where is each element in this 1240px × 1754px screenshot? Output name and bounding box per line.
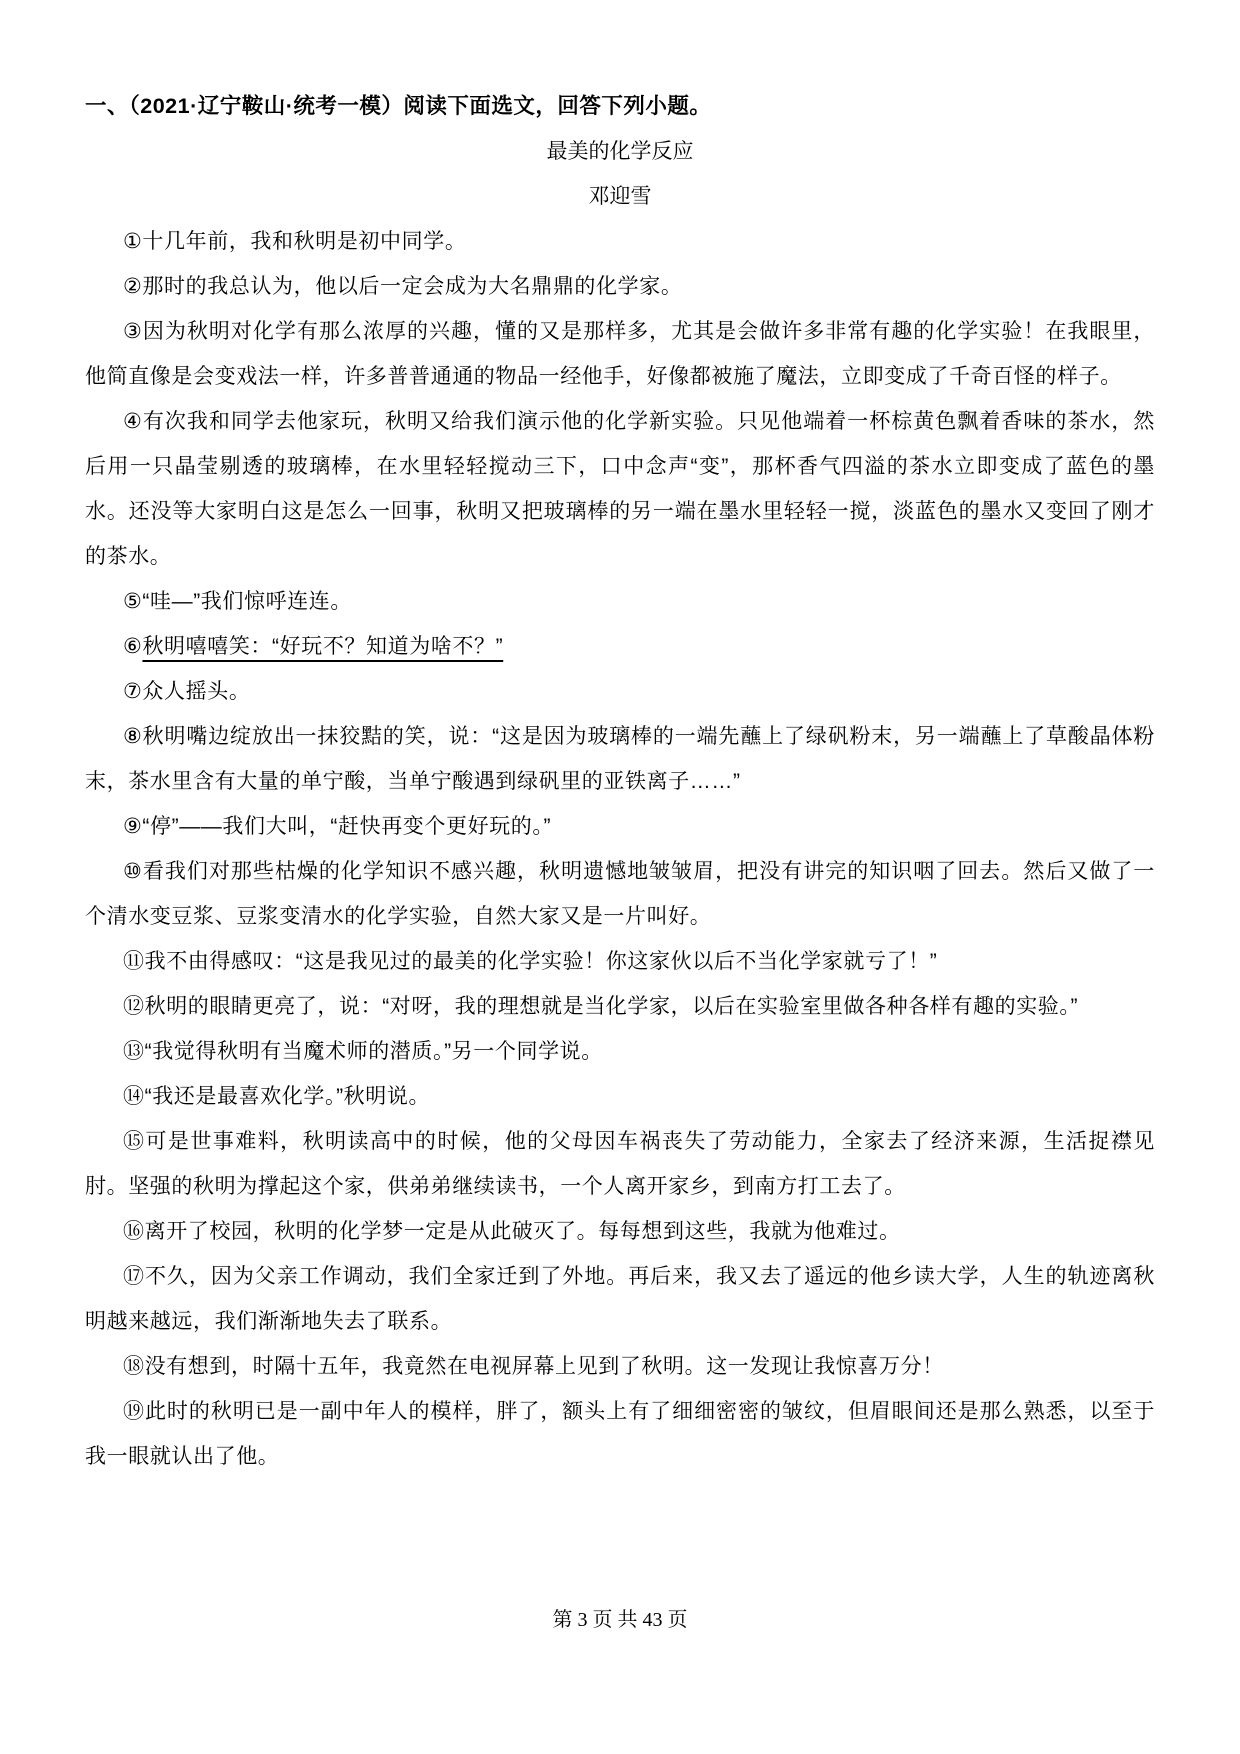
passage-title: 最美的化学反应: [85, 129, 1155, 174]
paragraph-text: ⑨“停”——我们大叫，“赶快再变个更好玩的。”: [123, 815, 551, 838]
paragraph: ⑨“停”——我们大叫，“赶快再变个更好玩的。”: [85, 804, 1155, 849]
paragraph-text: ⑥: [123, 635, 142, 658]
paragraph-text: ⑬“我觉得秋明有当魔术师的潜质。”另一个同学说。: [123, 1040, 603, 1063]
paragraph: ⑧秋明嘴边绽放出一抹狡黠的笑，说：“这是因为玻璃棒的一端先蘸上了绿矾粉末，另一端…: [85, 714, 1155, 804]
paragraph-text: ⑦众人摇头。: [123, 680, 250, 703]
paragraph-text: ⑮可是世事难料，秋明读高中的时候，他的父母因车祸丧失了劳动能力，全家去了经济来源…: [85, 1130, 1155, 1198]
paragraph: ⑩看我们对那些枯燥的化学知识不感兴趣，秋明遗憾地皱皱眉，把没有讲完的知识咽了回去…: [85, 849, 1155, 939]
paragraph: ②那时的我总认为，他以后一定会成为大名鼎鼎的化学家。: [85, 264, 1155, 309]
paragraph: ①十几年前，我和秋明是初中同学。: [85, 219, 1155, 264]
paragraph: ⑱没有想到，时隔十五年，我竟然在电视屏幕上见到了秋明。这一发现让我惊喜万分！: [85, 1344, 1155, 1389]
paragraph-text: ⑭“我还是最喜欢化学。”秋明说。: [123, 1085, 430, 1108]
paragraph-text: ①十几年前，我和秋明是初中同学。: [123, 230, 466, 253]
underlined-sentence: 秋明嘻嘻笑：“好玩不？知道为啥不？”: [142, 635, 503, 658]
paragraph: ⑭“我还是最喜欢化学。”秋明说。: [85, 1074, 1155, 1119]
passage-author: 邓迎雪: [85, 174, 1155, 219]
paragraph: ④有次我和同学去他家玩，秋明又给我们演示他的化学新实验。只见他端着一杯棕黄色飘着…: [85, 399, 1155, 579]
paragraph: ⑥秋明嘻嘻笑：“好玩不？知道为啥不？”: [85, 624, 1155, 669]
paragraph: ⑰不久，因为父亲工作调动，我们全家迁到了外地。再后来，我又去了遥远的他乡读大学，…: [85, 1254, 1155, 1344]
paragraph-text: ⑧秋明嘴边绽放出一抹狡黠的笑，说：“这是因为玻璃棒的一端先蘸上了绿矾粉末，另一端…: [85, 725, 1155, 793]
paragraph-text: ⑰不久，因为父亲工作调动，我们全家迁到了外地。再后来，我又去了遥远的他乡读大学，…: [85, 1265, 1155, 1333]
paragraph-text: ⑲此时的秋明已是一副中年人的模样，胖了，额头上有了细细密密的皱纹，但眉眼间还是那…: [85, 1400, 1155, 1468]
paragraph-text: ③因为秋明对化学有那么浓厚的兴趣，懂的又是那样多，尤其是会做许多非常有趣的化学实…: [85, 320, 1155, 388]
document-page: 一、（2021·辽宁鞍山·统考一模）阅读下面选文，回答下列小题。 最美的化学反应…: [0, 0, 1240, 1754]
paragraph-text: ⑱没有想到，时隔十五年，我竟然在电视屏幕上见到了秋明。这一发现让我惊喜万分！: [123, 1355, 944, 1378]
paragraph-text: ⑤“哇—”我们惊呼连连。: [123, 590, 352, 613]
paragraph: ⑦众人摇头。: [85, 669, 1155, 714]
paragraph: ③因为秋明对化学有那么浓厚的兴趣，懂的又是那样多，尤其是会做许多非常有趣的化学实…: [85, 309, 1155, 399]
paragraph: ⑫秋明的眼睛更亮了，说：“对呀，我的理想就是当化学家，以后在实验室里做各种各样有…: [85, 984, 1155, 1029]
paragraph-text: ②那时的我总认为，他以后一定会成为大名鼎鼎的化学家。: [123, 275, 682, 298]
paragraph-text: ⑪我不由得感叹：“这是我见过的最美的化学实验！你这家伙以后不当化学家就亏了！”: [123, 950, 937, 973]
passage-body: ①十几年前，我和秋明是初中同学。②那时的我总认为，他以后一定会成为大名鼎鼎的化学…: [85, 219, 1155, 1479]
paragraph: ⑪我不由得感叹：“这是我见过的最美的化学实验！你这家伙以后不当化学家就亏了！”: [85, 939, 1155, 984]
paragraph: ⑤“哇—”我们惊呼连连。: [85, 579, 1155, 624]
paragraph: ⑯离开了校园，秋明的化学梦一定是从此破灭了。每每想到这些，我就为他难过。: [85, 1209, 1155, 1254]
paragraph-text: ⑩看我们对那些枯燥的化学知识不感兴趣，秋明遗憾地皱皱眉，把没有讲完的知识咽了回去…: [85, 860, 1155, 928]
paragraph: ⑮可是世事难料，秋明读高中的时候，他的父母因车祸丧失了劳动能力，全家去了经济来源…: [85, 1119, 1155, 1209]
paragraph: ⑬“我觉得秋明有当魔术师的潜质。”另一个同学说。: [85, 1029, 1155, 1074]
question-header: 一、（2021·辽宁鞍山·统考一模）阅读下面选文，回答下列小题。: [85, 84, 1155, 129]
paragraph-text: ④有次我和同学去他家玩，秋明又给我们演示他的化学新实验。只见他端着一杯棕黄色飘着…: [85, 410, 1155, 568]
paragraph: ⑲此时的秋明已是一副中年人的模样，胖了，额头上有了细细密密的皱纹，但眉眼间还是那…: [85, 1389, 1155, 1479]
paragraph-text: ⑯离开了校园，秋明的化学梦一定是从此破灭了。每每想到这些，我就为他难过。: [123, 1220, 901, 1243]
page-number: 第 3 页 共 43 页: [0, 1598, 1240, 1643]
paragraph-text: ⑫秋明的眼睛更亮了，说：“对呀，我的理想就是当化学家，以后在实验室里做各种各样有…: [123, 995, 1078, 1018]
